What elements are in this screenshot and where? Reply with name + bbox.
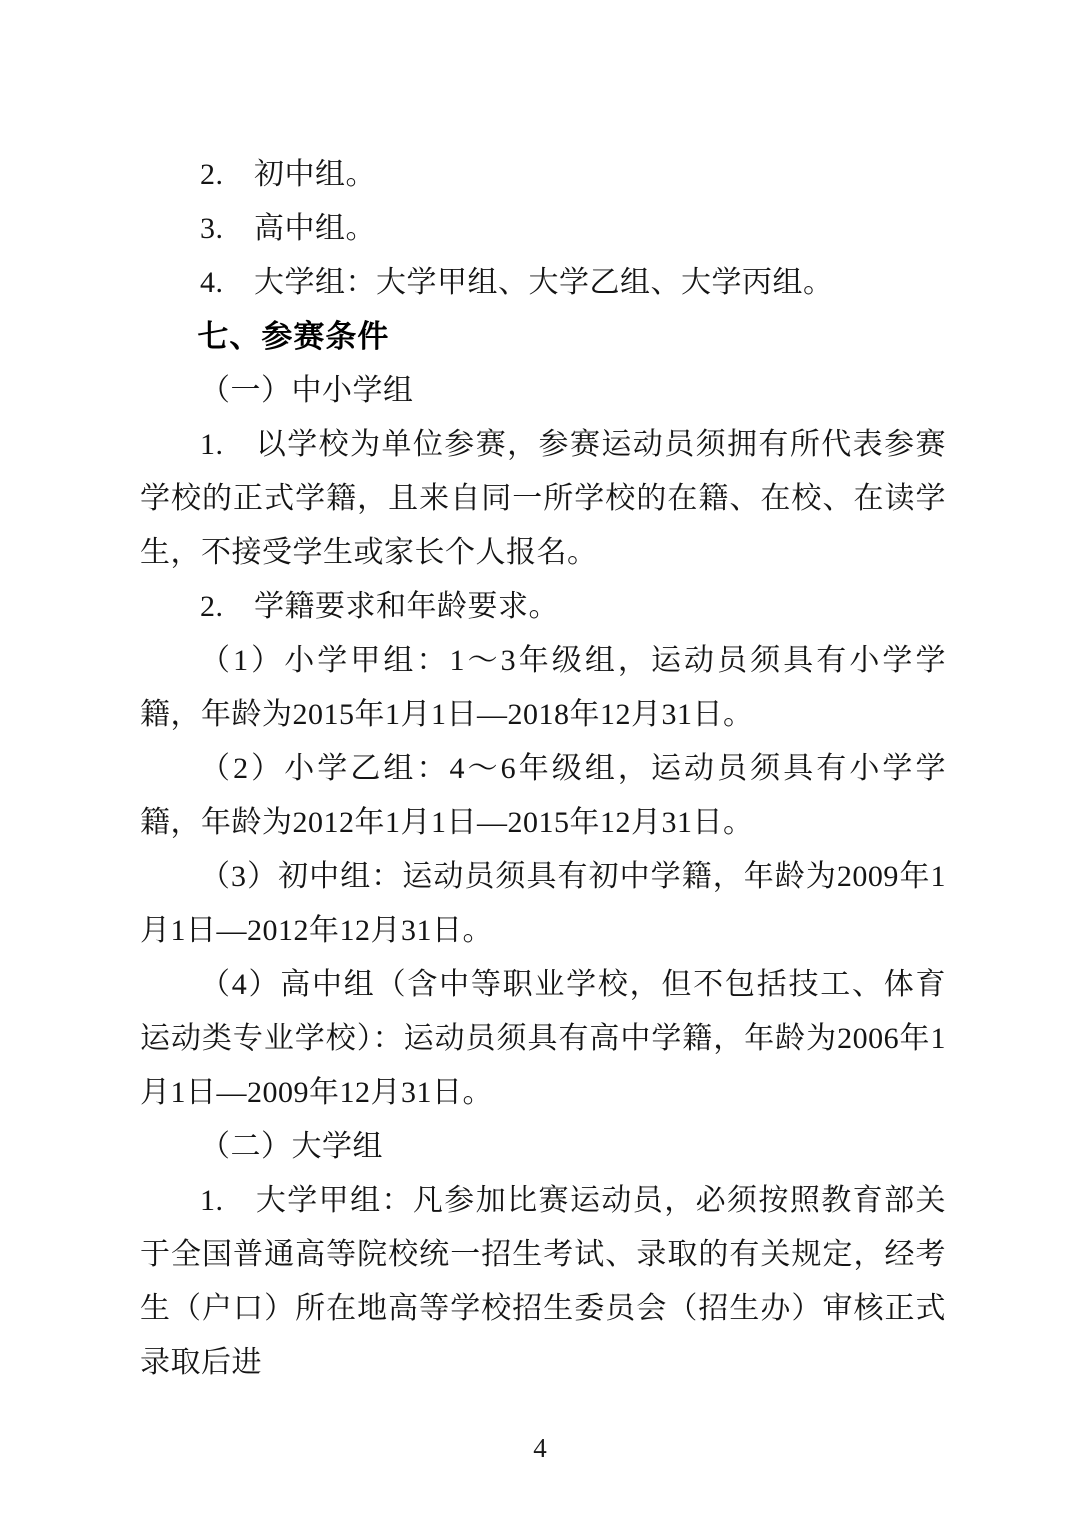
page-number: 4 [0, 1432, 1080, 1464]
body-paragraph: （1）小学甲组：1～3年级组，运动员须具有小学学籍，年龄为2015年1月1日—2… [140, 634, 946, 742]
subsection-heading: （一）中小学组 [140, 364, 946, 418]
document-page: 2. 初中组。 3. 高中组。 4. 大学组：大学甲组、大学乙组、大学丙组。 七… [0, 0, 1080, 1527]
body-paragraph: （2）小学乙组：4～6年级组，运动员须具有小学学籍，年龄为2012年1月1日—2… [140, 742, 946, 850]
body-paragraph: （4）高中组（含中等职业学校，但不包括技工、体育运动类专业学校）：运动员须具有高… [140, 958, 946, 1120]
document-text-block: 2. 初中组。 3. 高中组。 4. 大学组：大学甲组、大学乙组、大学丙组。 七… [140, 148, 946, 1390]
list-item: 4. 大学组：大学甲组、大学乙组、大学丙组。 [140, 256, 946, 310]
body-paragraph: 2. 学籍要求和年龄要求。 [140, 580, 946, 634]
body-paragraph: 1. 大学甲组：凡参加比赛运动员，必须按照教育部关于全国普通高等院校统一招生考试… [140, 1174, 946, 1390]
body-paragraph: 1. 以学校为单位参赛，参赛运动员须拥有所代表参赛学校的正式学籍，且来自同一所学… [140, 418, 946, 580]
body-paragraph: （3）初中组：运动员须具有初中学籍，年龄为2009年1月1日—2012年12月3… [140, 850, 946, 958]
subsection-heading: （二）大学组 [140, 1120, 946, 1174]
list-item: 2. 初中组。 [140, 148, 946, 202]
section-heading: 七、参赛条件 [140, 310, 946, 364]
list-item: 3. 高中组。 [140, 202, 946, 256]
